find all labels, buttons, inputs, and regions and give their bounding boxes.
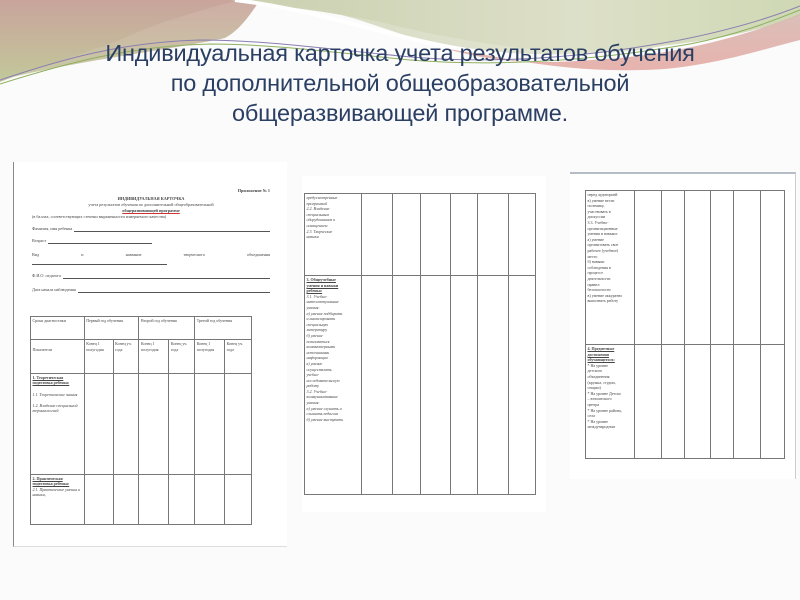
field-age-line <box>48 238 152 244</box>
field-assoc-word-3: название <box>126 252 142 258</box>
col-header-terms: Сроки диагностики <box>31 317 85 340</box>
row-cell-indicators: 3. Общеучебныеумения и навыкиребенка:3.1… <box>305 276 362 495</box>
table-row: 1. Теоретическая подготовка ребенка: 1.1… <box>31 373 252 474</box>
field-age-label: Возраст <box>32 238 46 244</box>
col-header-year-2: Второй год обучения <box>139 317 195 340</box>
document-page-2: предусмотренныепрограммой2.2. Владениесп… <box>302 176 546 512</box>
cell-line: выполнять работу <box>588 298 633 304</box>
title-line-1: Индивидуальная карточка учета результато… <box>40 38 760 68</box>
row-title: 1. Теоретическая подготовка ребенка: <box>33 375 83 386</box>
card-subheading-2: общеразвивающей программе <box>122 208 180 213</box>
field-teacher-line <box>63 273 270 279</box>
field-start-label: Дата начала наблюдения <box>32 287 76 293</box>
field-start-line <box>78 287 270 293</box>
table-row: 4. Предметныедостиженияобучающегося:* На… <box>586 345 785 459</box>
table-row: 3. Общеучебныеумения и навыкиребенка:3.1… <box>305 276 536 495</box>
subheader-year-end-3: Конец уч. года <box>225 340 252 374</box>
subheader-half-2: Конец 1 полугодия <box>139 340 169 374</box>
row-cell-indicators: перед аудиториейв) умение вестиполемику,… <box>586 191 635 345</box>
row-cell-indicators: предусмотренныепрограммой2.2. Владениесп… <box>305 194 362 276</box>
slide-title: Индивидуальная карточка учета результато… <box>40 38 760 128</box>
field-teacher-label: Ф.И.О. педагога <box>32 273 61 279</box>
row-title: 2. Практическая подготовка ребенка: <box>33 476 83 487</box>
table-row: предусмотренныепрограммой2.2. Владениесп… <box>305 194 536 276</box>
subheader-half-3: Конец 1 полугодия <box>195 340 225 374</box>
subheader-year-end-1: Конец уч. года <box>113 340 139 374</box>
cell-line: навыки <box>307 234 360 240</box>
appendix-label: Приложение № 1 <box>32 188 270 194</box>
title-line-3: общеразвивающей программе. <box>40 98 760 128</box>
col-header-indicators: Показатели <box>31 340 85 374</box>
cell-line: б) умение выступать <box>307 417 360 423</box>
field-name-label: Фамилия, имя ребенка <box>32 226 72 232</box>
title-line-2: по дополнительной общеобразовательной <box>40 68 760 98</box>
cell-line: международном <box>588 424 633 430</box>
col-header-year-3: Третий год обучения <box>195 317 252 340</box>
row-item: 1.1. Теоретические знания <box>33 392 83 398</box>
subheader-half-1: Конец 1 полугодия <box>84 340 113 374</box>
page1-header: Приложение № 1 ИНДИВИДУАЛЬНАЯ КАРТОЧКА у… <box>32 188 270 293</box>
field-assoc-word-4: творческого <box>184 252 205 258</box>
row-item: 2.1. Практические умения и навыки, <box>33 487 83 498</box>
document-page-1: Приложение № 1 ИНДИВИДУАЛЬНАЯ КАРТОЧКА у… <box>13 162 287 547</box>
row-item: 1.2. Владение специальной терминологией <box>33 403 83 414</box>
row-cell-indicators: 4. Предметныедостиженияобучающегося:* На… <box>586 345 635 459</box>
card-note: (в баллах, соответствующих степени выраж… <box>32 214 270 220</box>
field-assoc-word-2: и <box>81 252 83 258</box>
table-row: перед аудиториейв) умение вестиполемику,… <box>586 191 785 345</box>
document-page-3: перед аудиториейв) умение вестиполемику,… <box>570 172 796 479</box>
col-header-year-1: Первый год обучения <box>84 317 139 340</box>
field-assoc-word-1: Вид <box>32 252 39 258</box>
results-table-2: предусмотренныепрограммой2.2. Владениесп… <box>304 193 536 495</box>
results-table-3: перед аудиториейв) умение вестиполемику,… <box>585 190 785 459</box>
field-assoc-word-5: объединения <box>247 252 270 258</box>
table-row: 2. Практическая подготовка ребенка: 2.1.… <box>31 474 252 524</box>
field-name-line <box>74 226 270 232</box>
subheader-year-end-2: Конец уч. года <box>169 340 195 374</box>
field-assoc-line <box>32 258 167 265</box>
results-table-1: Сроки диагностики Первый год обучения Вт… <box>30 316 252 525</box>
